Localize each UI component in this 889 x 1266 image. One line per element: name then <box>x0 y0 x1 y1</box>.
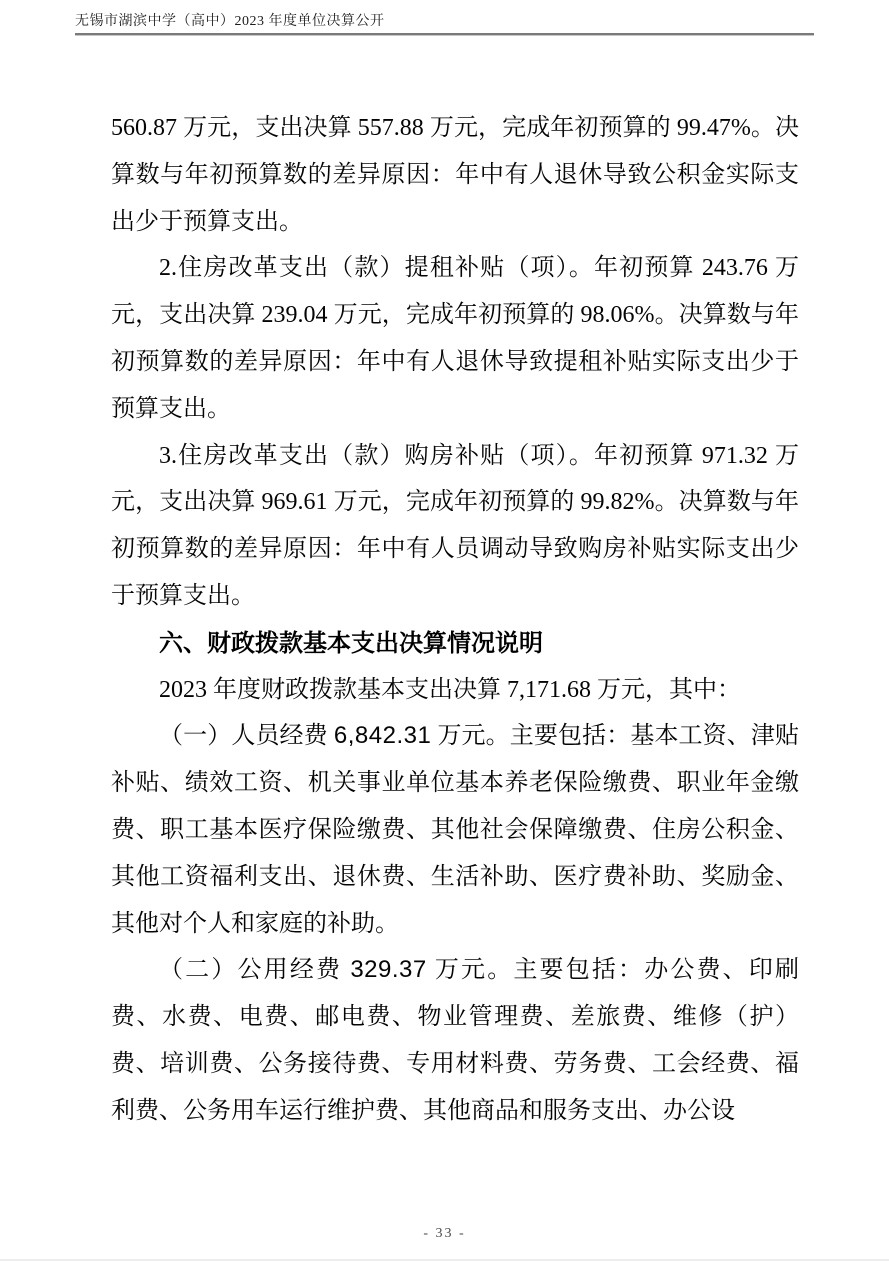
paragraph-text: 2.住房改革支出（款）提租补贴（项）。年初预算 243.76 万元，支出决算 2… <box>111 255 799 421</box>
paragraph-text: （一）人员经费 <box>159 723 334 749</box>
personnel-funds-amount: 6,842.31 <box>334 722 431 749</box>
paragraph-basic-expenditure-total: 2023 年度财政拨款基本支出决算 7,171.68 万元，其中： <box>111 667 799 714</box>
document-body: 560.87 万元，支出决算 557.88 万元，完成年初预算的 99.47%。… <box>111 105 799 1135</box>
section-heading-text: 六、财政拨款基本支出决算情况说明 <box>159 629 543 657</box>
paragraph-personnel-funds: （一）人员经费 6,842.31 万元。主要包括：基本工资、津贴补贴、绩效工资、… <box>111 713 799 947</box>
public-funds-amount: 329.37 <box>350 956 426 983</box>
page-header: 无锡市湖滨中学（高中）2023 年度单位决算公开 <box>75 13 814 36</box>
paragraph-public-funds: （二）公用经费 329.37 万元。主要包括：办公费、印刷费、水费、电费、邮电费… <box>111 947 799 1134</box>
paragraph-rent-subsidy: 2.住房改革支出（款）提租补贴（项）。年初预算 243.76 万元，支出决算 2… <box>111 245 799 432</box>
section-six-heading: 六、财政拨款基本支出决算情况说明 <box>111 620 799 667</box>
paragraph-text: （二）公用经费 <box>159 957 350 983</box>
page-number: - 33 - <box>423 1226 465 1241</box>
paragraph-text: 3.住房改革支出（款）购房补贴（项）。年初预算 971.32 万元，支出决算 9… <box>111 443 799 609</box>
header-rule <box>75 33 814 36</box>
page-footer: - 33 - <box>0 1224 889 1242</box>
document-page: 无锡市湖滨中学（高中）2023 年度单位决算公开 560.87 万元，支出决算 … <box>0 0 889 1266</box>
page-bottom-edge <box>0 1259 889 1261</box>
paragraph-purchase-subsidy: 3.住房改革支出（款）购房补贴（项）。年初预算 971.32 万元，支出决算 9… <box>111 433 799 620</box>
paragraph-text: 560.87 万元，支出决算 557.88 万元，完成年初预算的 99.47%。… <box>111 115 799 235</box>
paragraph-text: 万元。主要包括：基本工资、津贴补贴、绩效工资、机关事业单位基本养老保险缴费、职业… <box>111 723 799 936</box>
header-title: 无锡市湖滨中学（高中）2023 年度单位决算公开 <box>75 13 814 30</box>
paragraph-housing-fund-continuation: 560.87 万元，支出决算 557.88 万元，完成年初预算的 99.47%。… <box>111 105 799 245</box>
paragraph-text: 2023 年度财政拨款基本支出决算 7,171.68 万元，其中： <box>159 677 741 703</box>
